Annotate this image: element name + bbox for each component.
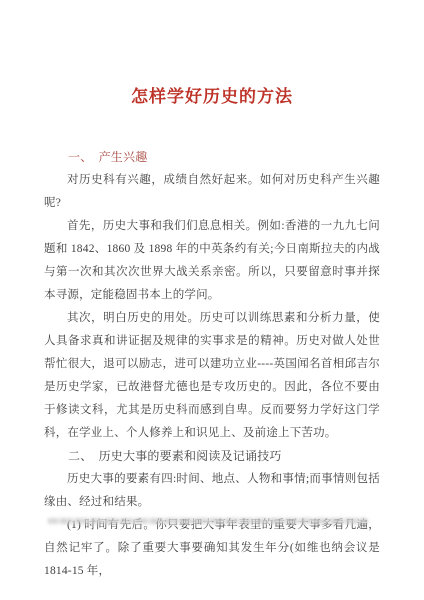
section-1-paragraph-1: 对历史科有兴趣，成绩自然好起来。如何对历史科产生兴趣呢? [44, 169, 380, 215]
document-title: 怎样学好历史的方法 [44, 84, 380, 110]
section-2-heading: 二、 历史大事的要素和阅读及记诵技巧 [44, 445, 380, 468]
section-1-paragraph-3: 其次，明白历史的用处。历史可以训练思素和分析力量，使人具备求真和讲证据及规律的实… [44, 307, 380, 445]
cutoff-blurred-text-line [48, 518, 368, 524]
section-2-paragraph-1: 历史大事的要素有四:时间、地点、人物和事情;而事情则包括缘由、经过和结果。 [44, 468, 380, 514]
section-1-heading: 一、 产生兴趣 [44, 146, 380, 169]
document-page: 怎样学好历史的方法 一、 产生兴趣 对历史科有兴趣，成绩自然好起来。如何对历史科… [0, 0, 424, 600]
section-2-paragraph-2: (1) 时间有先后。你只要把大事年表里的重要大事多看几遍，自然记牢了。除了重要大… [44, 514, 380, 583]
section-1-paragraph-2: 首先，历史大事和我们们息息相关。例如:香港的一九九七问题和 1842、1860 … [44, 215, 380, 307]
